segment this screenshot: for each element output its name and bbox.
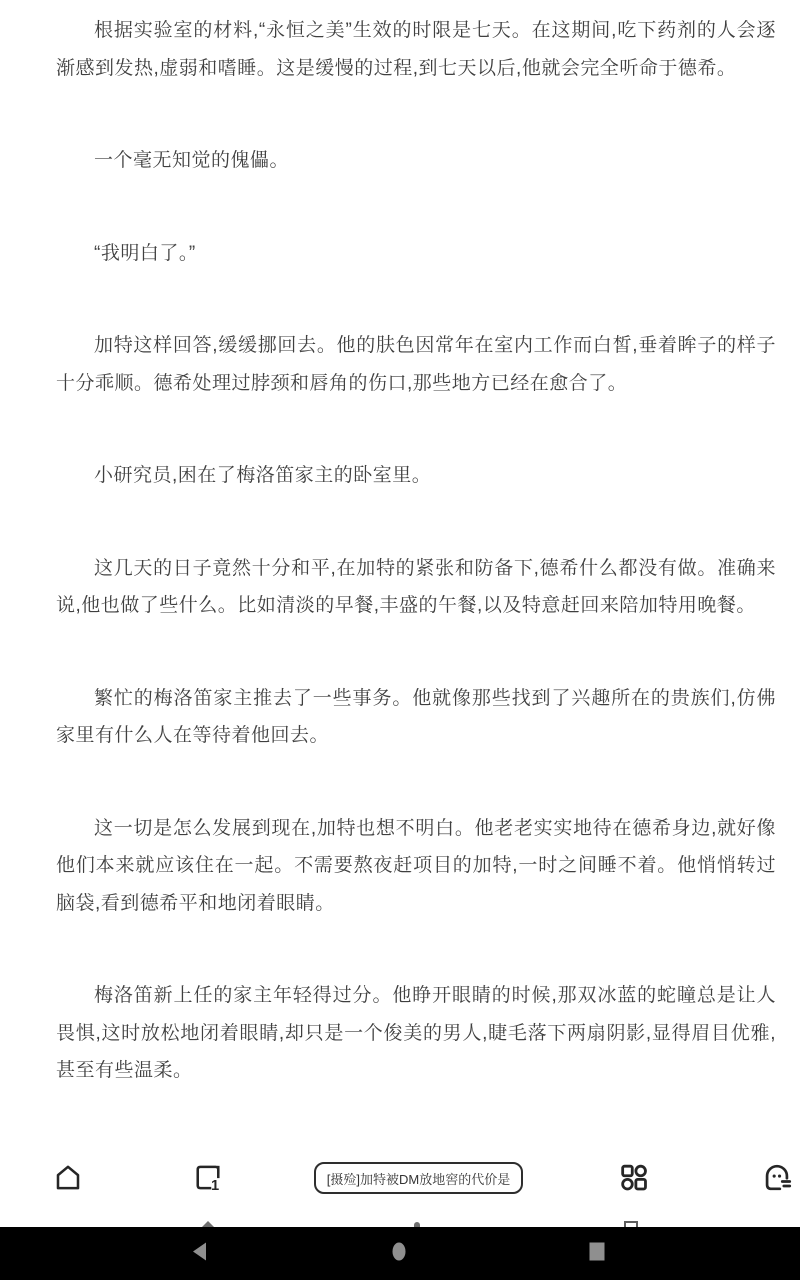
paragraph: 这一切是怎么发展到现在,加特也想不明白。他老老实实地待在德希身边,就好像他们本来… — [56, 810, 776, 923]
paragraph: “我明白了。” — [56, 235, 776, 273]
page-title-pill[interactable]: [摄殓]加特被DM放地窖的代价是 — [314, 1162, 523, 1194]
paragraph: 梅洛笛新上任的家主年轻得过分。他睁开眼睛的时候,那双冰蓝的蛇瞳总是让人畏惧,这时… — [56, 977, 776, 1090]
paragraph: 一个毫无知觉的傀儡。 — [56, 142, 776, 180]
back-button-icon[interactable] — [190, 1239, 210, 1268]
paragraph: 根据实验室的材料,“永恒之美”生效的时限是七天。在这期间,吃下药剂的人会逐渐感到… — [56, 12, 776, 87]
tab-count: 1 — [211, 1178, 219, 1194]
paragraph: 繁忙的梅洛笛家主推去了一些事务。他就像那些找到了兴趣所在的贵族们,仿佛家里有什么… — [56, 680, 776, 755]
tabs-icon[interactable]: 1 — [192, 1162, 224, 1199]
paragraph: 这几天的日子竟然十分和平,在加特的紧张和防备下,德希什么都没有做。准确来说,他也… — [56, 550, 776, 625]
comment-face-icon[interactable] — [760, 1161, 794, 1200]
browser-toolbar: 1 [摄殓]加特被DM放地窖的代价是 — [0, 1148, 800, 1212]
recents-button-icon[interactable] — [587, 1239, 607, 1268]
reader-content: 根据实验室的材料,“永恒之美”生效的时限是七天。在这期间,吃下药剂的人会逐渐感到… — [0, 0, 800, 1145]
page-title: [摄殓]加特被DM放地窖的代价是 — [327, 1169, 510, 1188]
home-icon[interactable] — [52, 1162, 84, 1199]
clipped-nav-icon-strip — [0, 1212, 800, 1227]
paragraph: 小研究员,困在了梅洛笛家主的卧室里。 — [56, 457, 776, 495]
android-navbar — [0, 1227, 800, 1280]
apps-grid-icon[interactable] — [618, 1162, 650, 1199]
home-button-icon[interactable] — [390, 1239, 408, 1268]
paragraph: 加特这样回答,缓缓挪回去。他的肤色因常年在室内工作而白皙,垂着眸子的样子十分乖顺… — [56, 327, 776, 402]
